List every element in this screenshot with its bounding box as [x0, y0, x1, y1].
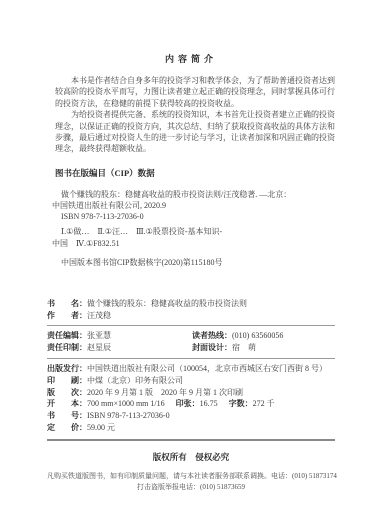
field-value: 59.00 元: [87, 423, 115, 432]
intro-title: 内容简介: [47, 52, 335, 65]
field-value: 272 千: [253, 399, 275, 408]
field-value: ISBN 978-7-113-27036-0: [87, 411, 170, 420]
field-label: 定 价：: [47, 423, 87, 432]
field-label: 出版发行：: [47, 364, 87, 373]
field-value: 中国铁道出版社有限公司（100054，北京市西城区右安门西街 8 号）: [87, 364, 327, 373]
field-value: 700 mm×1000 mm 1/16: [87, 399, 165, 408]
field-value: 宿 萌: [232, 343, 256, 352]
field-label: 书 号：: [47, 411, 87, 420]
field-label: 读者热线：: [192, 331, 232, 340]
intro-paragraph-2: 为给投资者提供完备、系统的投资知识，本书首先让投资者建立正确的投资理念，以保证正…: [55, 109, 335, 155]
colophon-row-book-title: 书 名：做个赚钱的股东：稳健高收益的股市投资法则: [47, 298, 335, 310]
cip-title: 图书在版编目（CIP）数据: [55, 167, 335, 179]
copyright-notice: 版权所有 侵权必究: [47, 451, 335, 463]
field-label: 封面设计：: [192, 343, 232, 352]
colophon-row-printing-company: 印 刷：中煤（北京）印务有限公司: [47, 375, 335, 387]
field-label: 印张：: [176, 399, 200, 408]
cip-classification-line-1: Ⅰ.①做… Ⅱ.①汪… Ⅲ.①股票投资-基本知识-: [52, 226, 335, 237]
divider: [47, 325, 335, 326]
colophon-row-editor-hotline: 责任编辑：张亚慧 读者热线：(010) 63560056: [47, 330, 335, 342]
field-value: 汪茂稳: [87, 311, 111, 320]
colophon-row-printer-designer: 责任印制：赵星辰 封面设计：宿 萌: [47, 342, 335, 354]
field-value: 16.75: [200, 399, 218, 408]
field-value: (010) 63560056: [232, 331, 283, 340]
field-value: 赵星辰: [87, 343, 111, 352]
divider: [47, 358, 335, 359]
colophon-row-edition: 版 次：2020 年 9 月第 1 版 2020 年 9 月第 1 次印刷: [47, 387, 335, 399]
divider-thick: [47, 439, 335, 441]
field-value: 2020 年 9 月第 1 版 2020 年 9 月第 1 次印刷: [87, 388, 243, 397]
cip-classification-line-2: 中国 Ⅳ.①F832.51: [52, 238, 335, 249]
colophon-row-isbn: 书 号：ISBN 978-7-113-27036-0: [47, 410, 335, 422]
cip-entry-line-2: 中国铁道出版社有限公司, 2020.9: [52, 200, 335, 211]
cip-block: 做个赚钱的股东：稳健高收益的股市投资法则/汪茂稳著. —北京： 中国铁道出版社有…: [52, 189, 335, 249]
colophon-row-format: 开 本：700 mm×1000 mm 1/16 印张：16.75 字数：272 …: [47, 398, 335, 410]
intro-paragraph-1: 本书是作者结合自身多年的投资学习和教学体会，为了帮助普通投资者达到较高阶的投资水…: [55, 75, 335, 109]
field-value: 张亚慧: [87, 331, 111, 340]
field-label: 字数：: [229, 399, 253, 408]
service-contact-line: 凡购买铁道版图书，如有印制质量问题，请与本社读者服务部联系调换。电话：(010)…: [47, 471, 335, 482]
cip-record-number: 中国版本图书馆CIP数据核字(2020)第115180号: [61, 257, 335, 268]
colophon-row-price: 定 价：59.00 元: [47, 422, 335, 434]
piracy-report-line: 打击盗版举报电话：(010) 51873659: [47, 482, 335, 493]
colophon-row-author: 作 者：汪茂稳: [47, 310, 335, 322]
field-label: 印 刷：: [47, 376, 87, 385]
colophon-row-publisher: 出版发行：中国铁道出版社有限公司（100054，北京市西城区右安门西街 8 号）: [47, 363, 335, 375]
footer: 版权所有 侵权必究 凡购买铁道版图书，如有印制质量问题，请与本社读者服务部联系调…: [47, 451, 335, 493]
cip-entry-line-1: 做个赚钱的股东：稳健高收益的股市投资法则/汪茂稳著. —北京：: [52, 189, 335, 200]
field-label: 作 者：: [47, 311, 87, 320]
copyright-page: 内容简介 本书是作者结合自身多年的投资学习和教学体会，为了帮助普通投资者达到较高…: [0, 0, 375, 530]
colophon: 书 名：做个赚钱的股东：稳健高收益的股市投资法则 作 者：汪茂稳 责任编辑：张亚…: [47, 298, 335, 441]
field-value: 做个赚钱的股东：稳健高收益的股市投资法则: [87, 299, 247, 308]
field-label: 版 次：: [47, 388, 87, 397]
field-label: 书 名：: [47, 299, 87, 308]
cip-isbn: ISBN 978-7-113-27036-0: [52, 211, 335, 222]
field-label: 责任编辑：: [47, 331, 87, 340]
field-label: 开 本：: [47, 399, 87, 408]
field-value: 中煤（北京）印务有限公司: [87, 376, 183, 385]
field-label: 责任印制：: [47, 343, 87, 352]
